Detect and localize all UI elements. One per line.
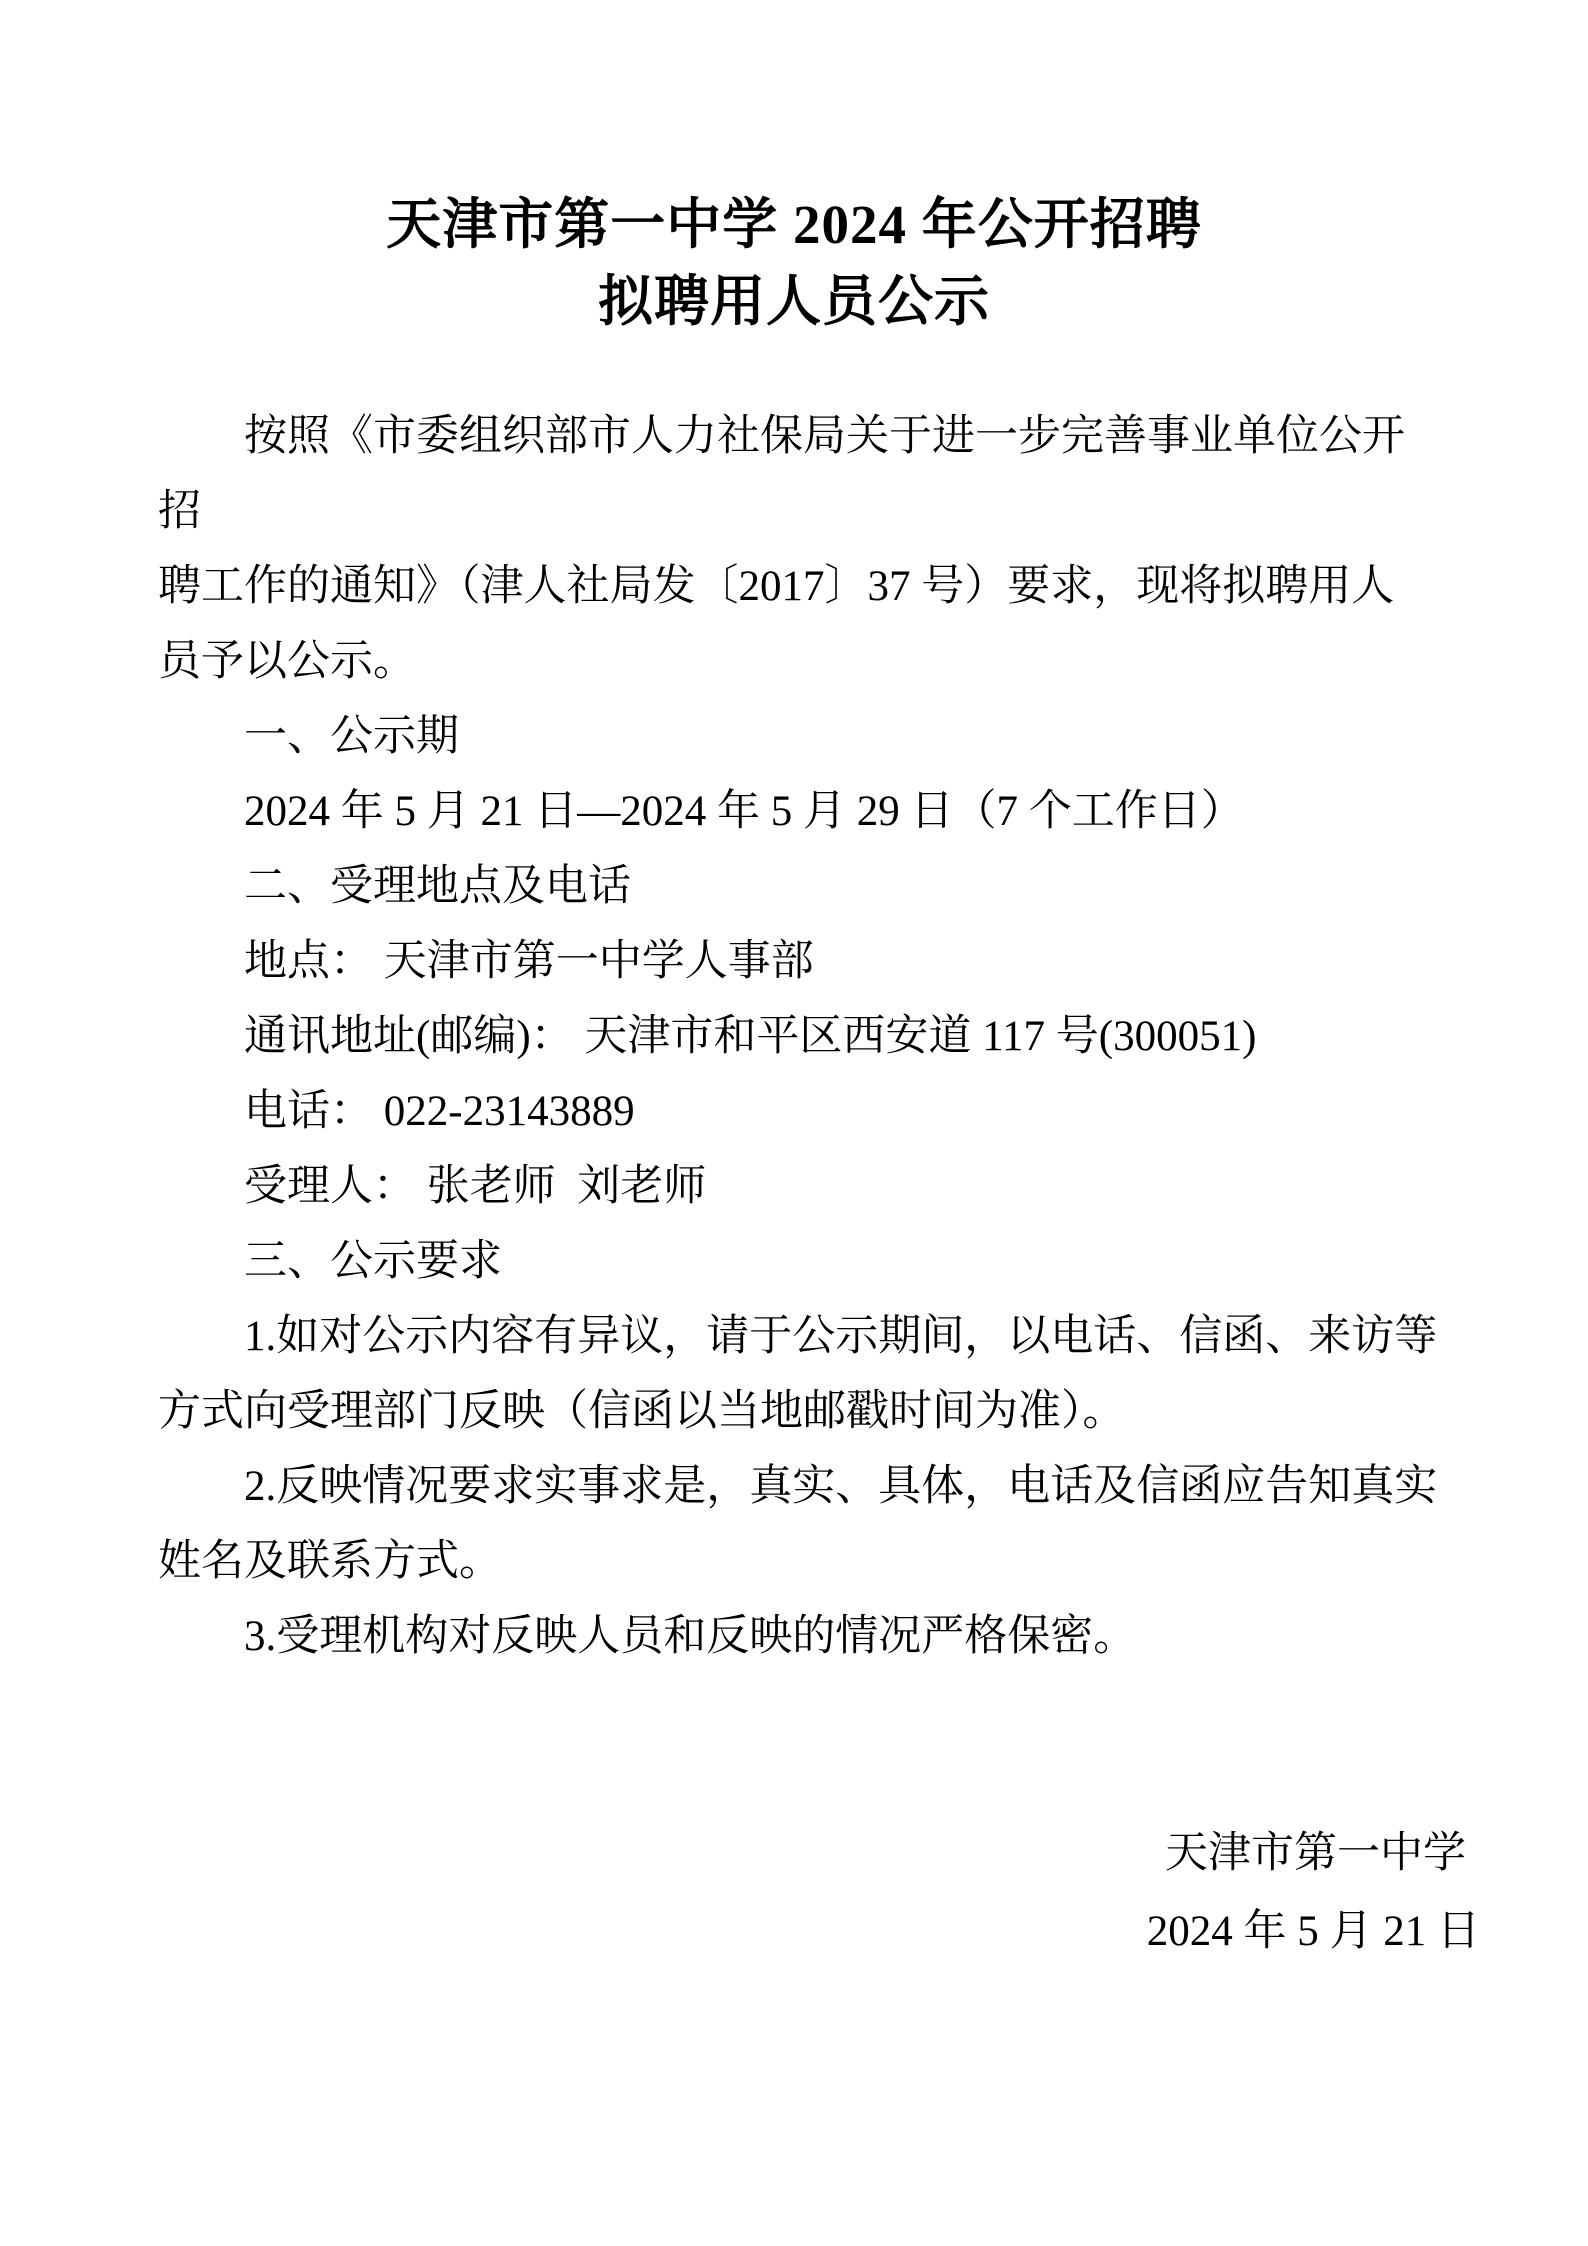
body-line-req-3: 3.受理机构对反映人员和反映的情况严格保密。 <box>158 1599 1438 1674</box>
body-line-period: 2024 年 5 月 21 日—2024 年 5 月 29 日（7 个工作日） <box>158 774 1438 849</box>
body-line-intro-3: 员予以公示。 <box>158 624 1438 699</box>
body-line-location: 地点： 天津市第一中学人事部 <box>158 924 1438 999</box>
document-title-line-1: 天津市第一中学 2024 年公开招聘 <box>0 186 1588 263</box>
body-line-req-2b: 姓名及联系方式。 <box>158 1524 1438 1599</box>
body-line-section-3: 三、公示要求 <box>158 1224 1438 1299</box>
signature-date: 2024 年 5 月 21 日 <box>0 1893 1480 1971</box>
body-line-contacts: 受理人： 张老师 刘老师 <box>158 1149 1438 1224</box>
body-line-section-2: 二、受理地点及电话 <box>158 849 1438 924</box>
body-line-req-1a: 1.如对公示内容有异议，请于公示期间，以电话、信函、来访等 <box>158 1299 1438 1374</box>
body-line-mail-address: 通讯地址(邮编)： 天津市和平区西安道 117 号(300051) <box>158 999 1438 1074</box>
body-line-intro-2: 聘工作的通知》（津人社局发〔2017〕37 号）要求，现将拟聘用人 <box>158 549 1438 624</box>
document-title: 天津市第一中学 2024 年公开招聘 拟聘用人员公示 <box>0 0 1588 340</box>
signature-block: 天津市第一中学 2024 年 5 月 21 日 <box>0 1815 1588 1971</box>
body-line-req-2a: 2.反映情况要求实事求是，真实、具体，电话及信函应告知真实 <box>158 1449 1438 1524</box>
document-title-line-2: 拟聘用人员公示 <box>0 263 1588 340</box>
body-line-section-1: 一、公示期 <box>158 699 1438 774</box>
document-page: 天津市第一中学 2024 年公开招聘 拟聘用人员公示 按照《市委组织部市人力社保… <box>0 0 1588 2246</box>
document-body: 按照《市委组织部市人力社保局关于进一步完善事业单位公开招 聘工作的通知》（津人社… <box>0 399 1588 1674</box>
signature-organization: 天津市第一中学 <box>0 1815 1480 1893</box>
body-line-phone: 电话： 022-23143889 <box>158 1074 1438 1149</box>
body-line-intro-1: 按照《市委组织部市人力社保局关于进一步完善事业单位公开招 <box>158 399 1438 549</box>
body-line-req-1b: 方式向受理部门反映（信函以当地邮戳时间为准）。 <box>158 1374 1438 1449</box>
